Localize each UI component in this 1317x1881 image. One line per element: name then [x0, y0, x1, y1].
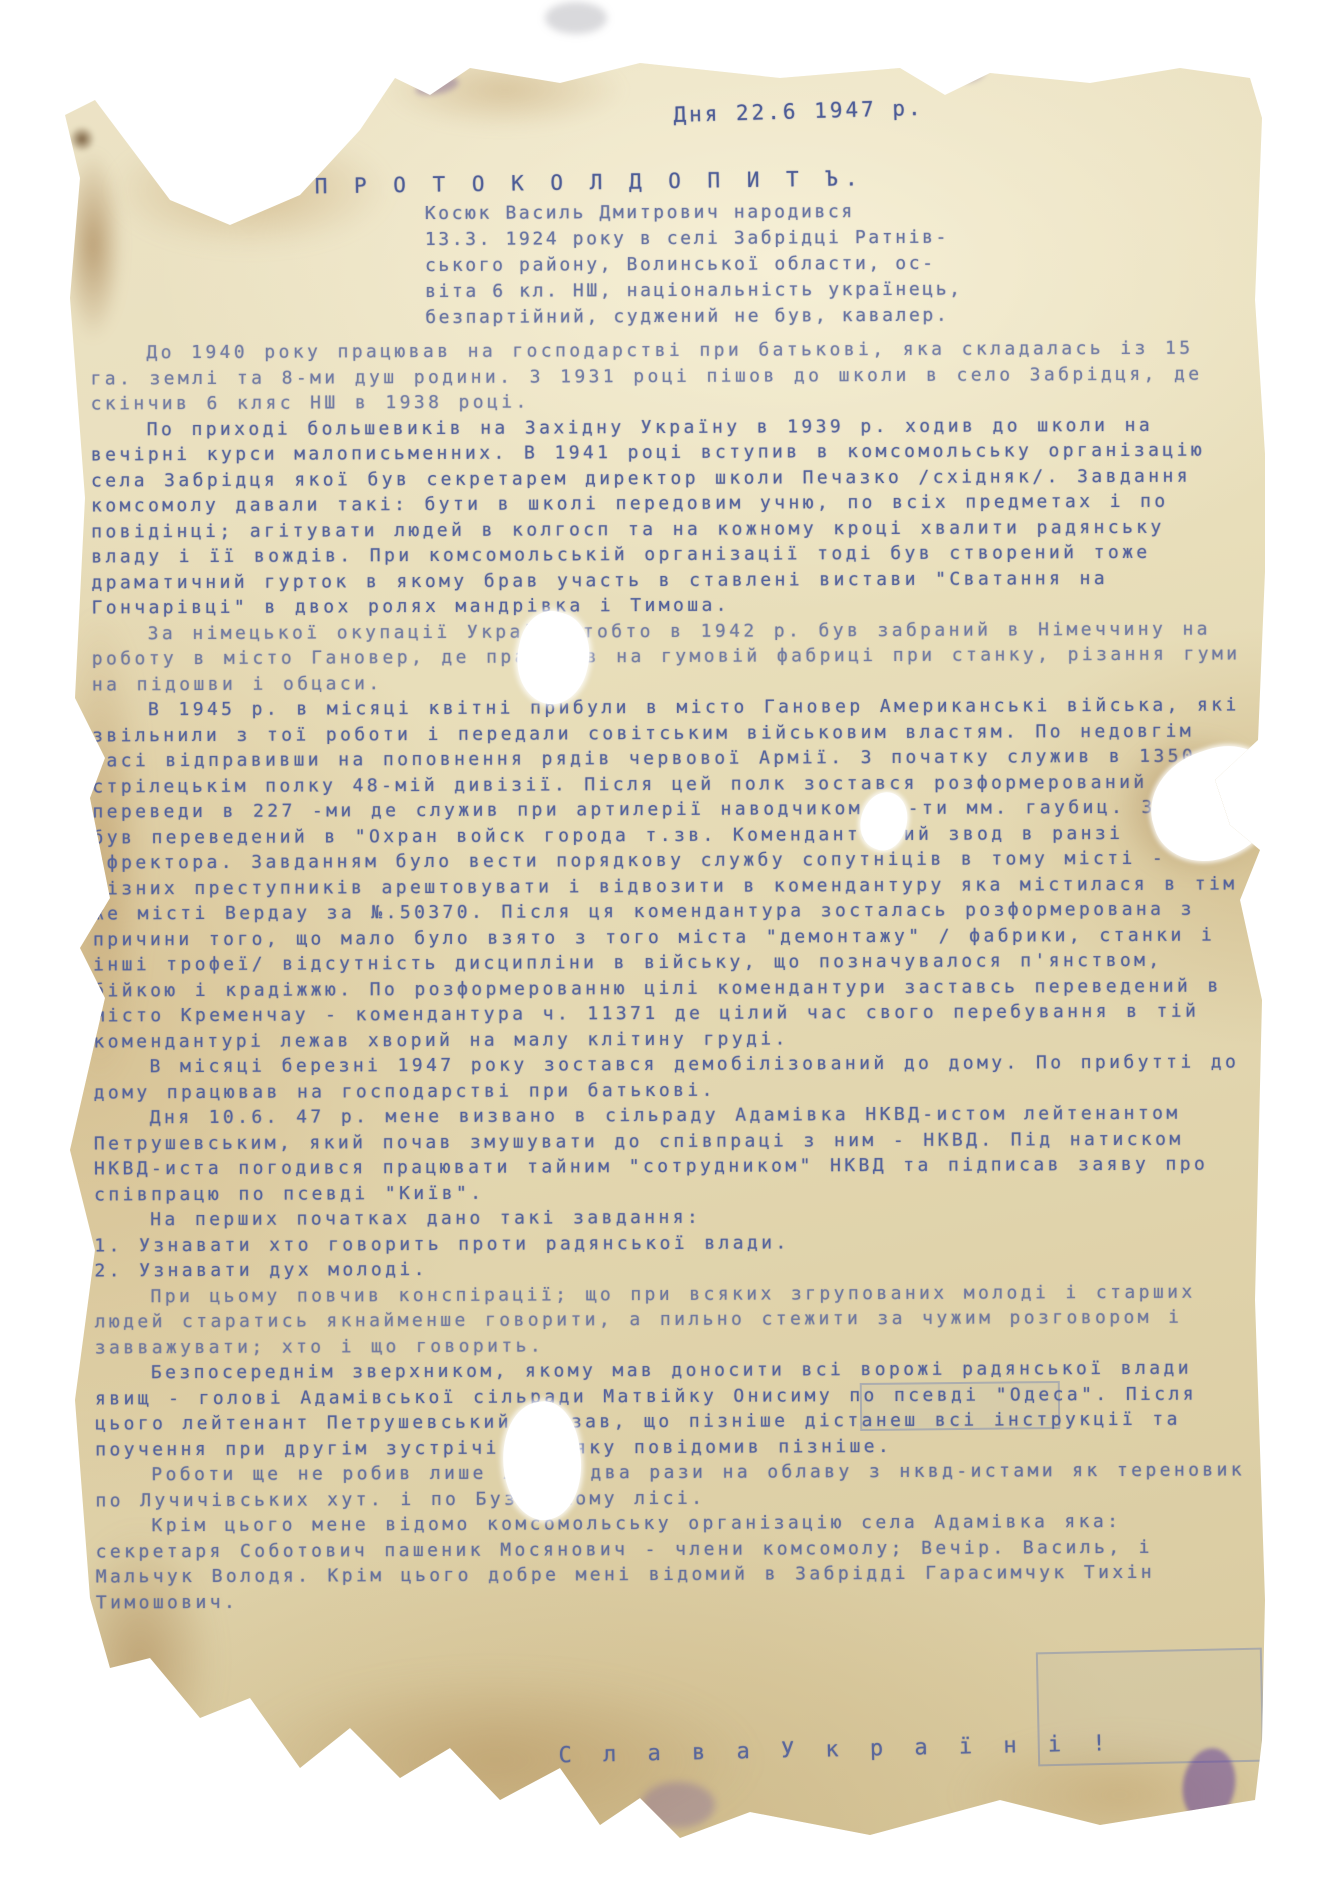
body-paragraph: При цьому повчив конспірації; що при вся…: [94, 1279, 1254, 1361]
margin-smudge: [545, 2, 607, 34]
body-paragraph: За німецької окупації України тобто в 19…: [92, 616, 1252, 698]
body-paragraph: В 1945 р. в місяці квітні прибули в міст…: [92, 692, 1254, 1054]
body-paragraph: Крім цього мене відомо комсомольську орг…: [95, 1508, 1255, 1615]
identity-block: Косюк Василь Дмитрович народився 13.3. 1…: [425, 198, 1026, 331]
scanned-document: Дня 22.6 1947 р. П Р О Т О К О Л Д О П И…: [0, 0, 1317, 1881]
body-paragraph: Дня 10.6. 47 р. мене визвано в сільраду …: [94, 1100, 1254, 1207]
identity-line: безпартійний, суджений не був, кавалер.: [425, 302, 1025, 331]
typewritten-text-layer: Дня 22.6 1947 р. П Р О Т О К О Л Д О П И…: [51, 47, 1269, 1842]
body-paragraph: В місяці березні 1947 року зостався демо…: [93, 1049, 1253, 1105]
identity-line: Косюк Василь Дмитрович народився: [425, 198, 1025, 227]
body-paragraph: По приході большевиків на Західну Україн…: [91, 412, 1252, 621]
identity-line: віта 6 кл. НШ, національність українець,: [425, 276, 1025, 305]
body-paragraph: Роботи ще не робив лише ходив два рази н…: [95, 1457, 1255, 1513]
body-paragraph: Безпосереднім зверхником, якому мав доно…: [95, 1355, 1255, 1462]
document-title: П Р О Т О К О Л Д О П И Т Ъ.: [315, 166, 865, 198]
identity-line: ського району, Волинської области, ос-: [425, 250, 1025, 279]
paper-sheet: Дня 22.6 1947 р. П Р О Т О К О Л Д О П И…: [55, 50, 1265, 1840]
body-text: До 1940 року працював на господарстві пр…: [90, 335, 1256, 1615]
body-paragraph: До 1940 року працював на господарстві пр…: [90, 335, 1250, 417]
closing-slogan: С л а в а У к р а ї н і !: [558, 1731, 1115, 1768]
date-line: Дня 22.6 1947 р.: [673, 96, 924, 127]
ink-smudge: [948, 52, 986, 82]
identity-line: 13.3. 1924 року в селі Забрідці Ратнів-: [425, 224, 1025, 253]
